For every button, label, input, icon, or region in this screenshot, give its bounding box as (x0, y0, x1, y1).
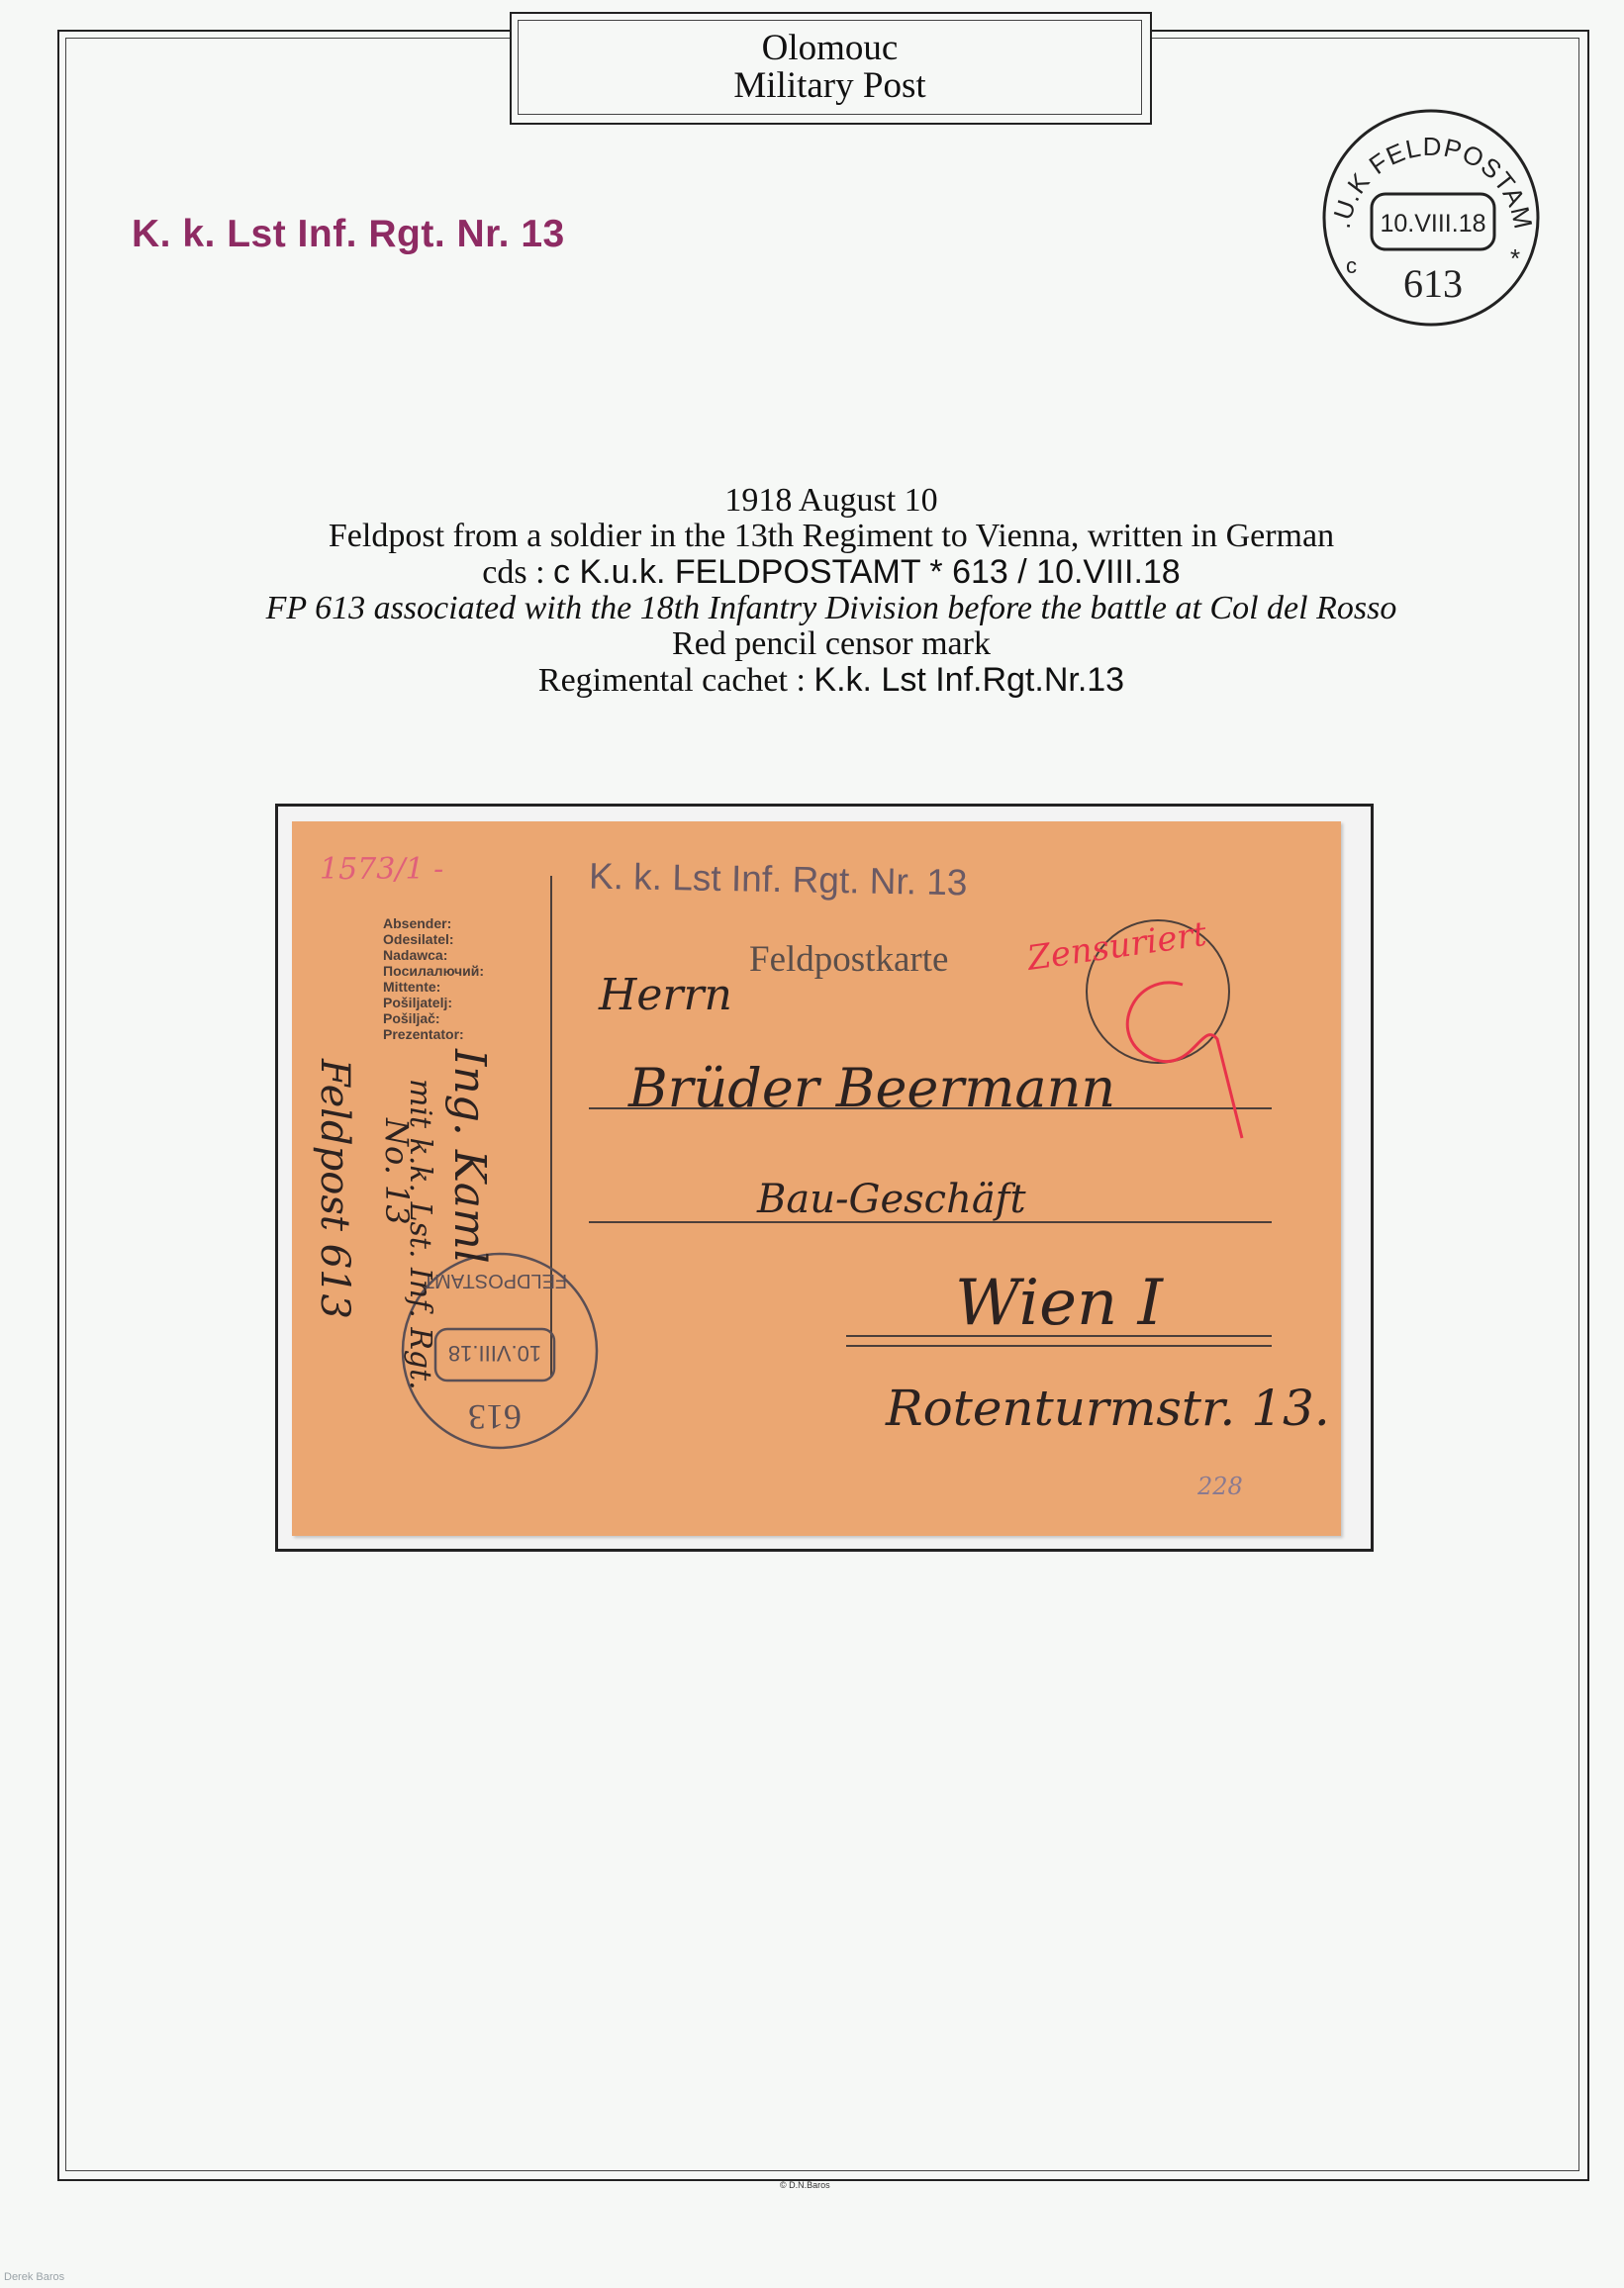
description: 1918 August 10 Feldpost from a soldier i… (99, 483, 1564, 699)
svg-text:1573/1 -: 1573/1 - (320, 852, 443, 887)
page-title: Olomouc Military Post (518, 20, 1142, 115)
svg-text:c: c (1346, 253, 1357, 278)
copyright-notice: © D.N.Baros (780, 2180, 830, 2190)
watermark: Derek Baros (4, 2271, 64, 2283)
sender-labels: Absender: Odesilatel: Nadawca: Поcилaлюч… (383, 915, 484, 1042)
svg-text:10.VIII.18: 10.VIII.18 (448, 1341, 541, 1366)
svg-text:Brüder Beermann: Brüder Beermann (627, 1057, 1115, 1119)
svg-text:Zensuriert: Zensuriert (1024, 914, 1209, 979)
svg-text:10.VIII.18: 10.VIII.18 (1380, 210, 1485, 238)
description-cachet: Regimental cachet : K.k. Lst Inf.Rgt.Nr.… (99, 662, 1564, 699)
svg-text:Rotenturmstr. 13.: Rotenturmstr. 13. (885, 1380, 1330, 1437)
svg-text:613: 613 (468, 1397, 522, 1437)
description-date: 1918 August 10 (99, 483, 1564, 519)
svg-text:FELDPOSTAMT: FELDPOSTAMT (423, 1270, 567, 1291)
svg-text:mit k.k. Lst. Inf. Rgt.: mit k.k. Lst. Inf. Rgt. (403, 1079, 437, 1390)
feldpostkarte-postcard: Zensuriert 10.VIII.18 613 FELDPOSTAMT 15… (292, 821, 1341, 1536)
svg-text:Feldpost 613: Feldpost 613 (312, 1058, 357, 1319)
svg-text:Wien I: Wien I (955, 1267, 1165, 1340)
description-line-4: FP 613 associated with the 18th Infantry… (99, 591, 1564, 626)
description-cds: cds : c K.u.k. FELDPOSTAMT * 613 / 10.VI… (99, 554, 1564, 591)
svg-text:Ing. Kaml: Ing. Kaml (444, 1048, 495, 1264)
svg-text:228: 228 (1196, 1473, 1243, 1500)
regimental-cachet: K. k. Lst Inf. Rgt. Nr. 13 (132, 213, 565, 256)
feldpostamt-postmark-icon: K.U.K FELDPOSTAMT 10.VIII.18 613 c * (1320, 107, 1542, 329)
title-line-1: Olomouc (762, 30, 899, 67)
description-line-2: Feldpost from a soldier in the 13th Regi… (99, 519, 1564, 554)
postcard-title: Feldpostkarte (749, 938, 948, 981)
svg-text:Bau-Geschäft: Bau-Geschäft (756, 1177, 1026, 1222)
postcard-cachet: K. k. Lst Inf. Rgt. Nr. 13 (589, 856, 968, 905)
title-line-2: Military Post (733, 67, 925, 105)
description-line-5: Red pencil censor mark (99, 626, 1564, 662)
svg-text:*: * (1510, 243, 1520, 273)
svg-text:Herrn: Herrn (598, 970, 732, 1020)
svg-text:613: 613 (1403, 261, 1463, 306)
